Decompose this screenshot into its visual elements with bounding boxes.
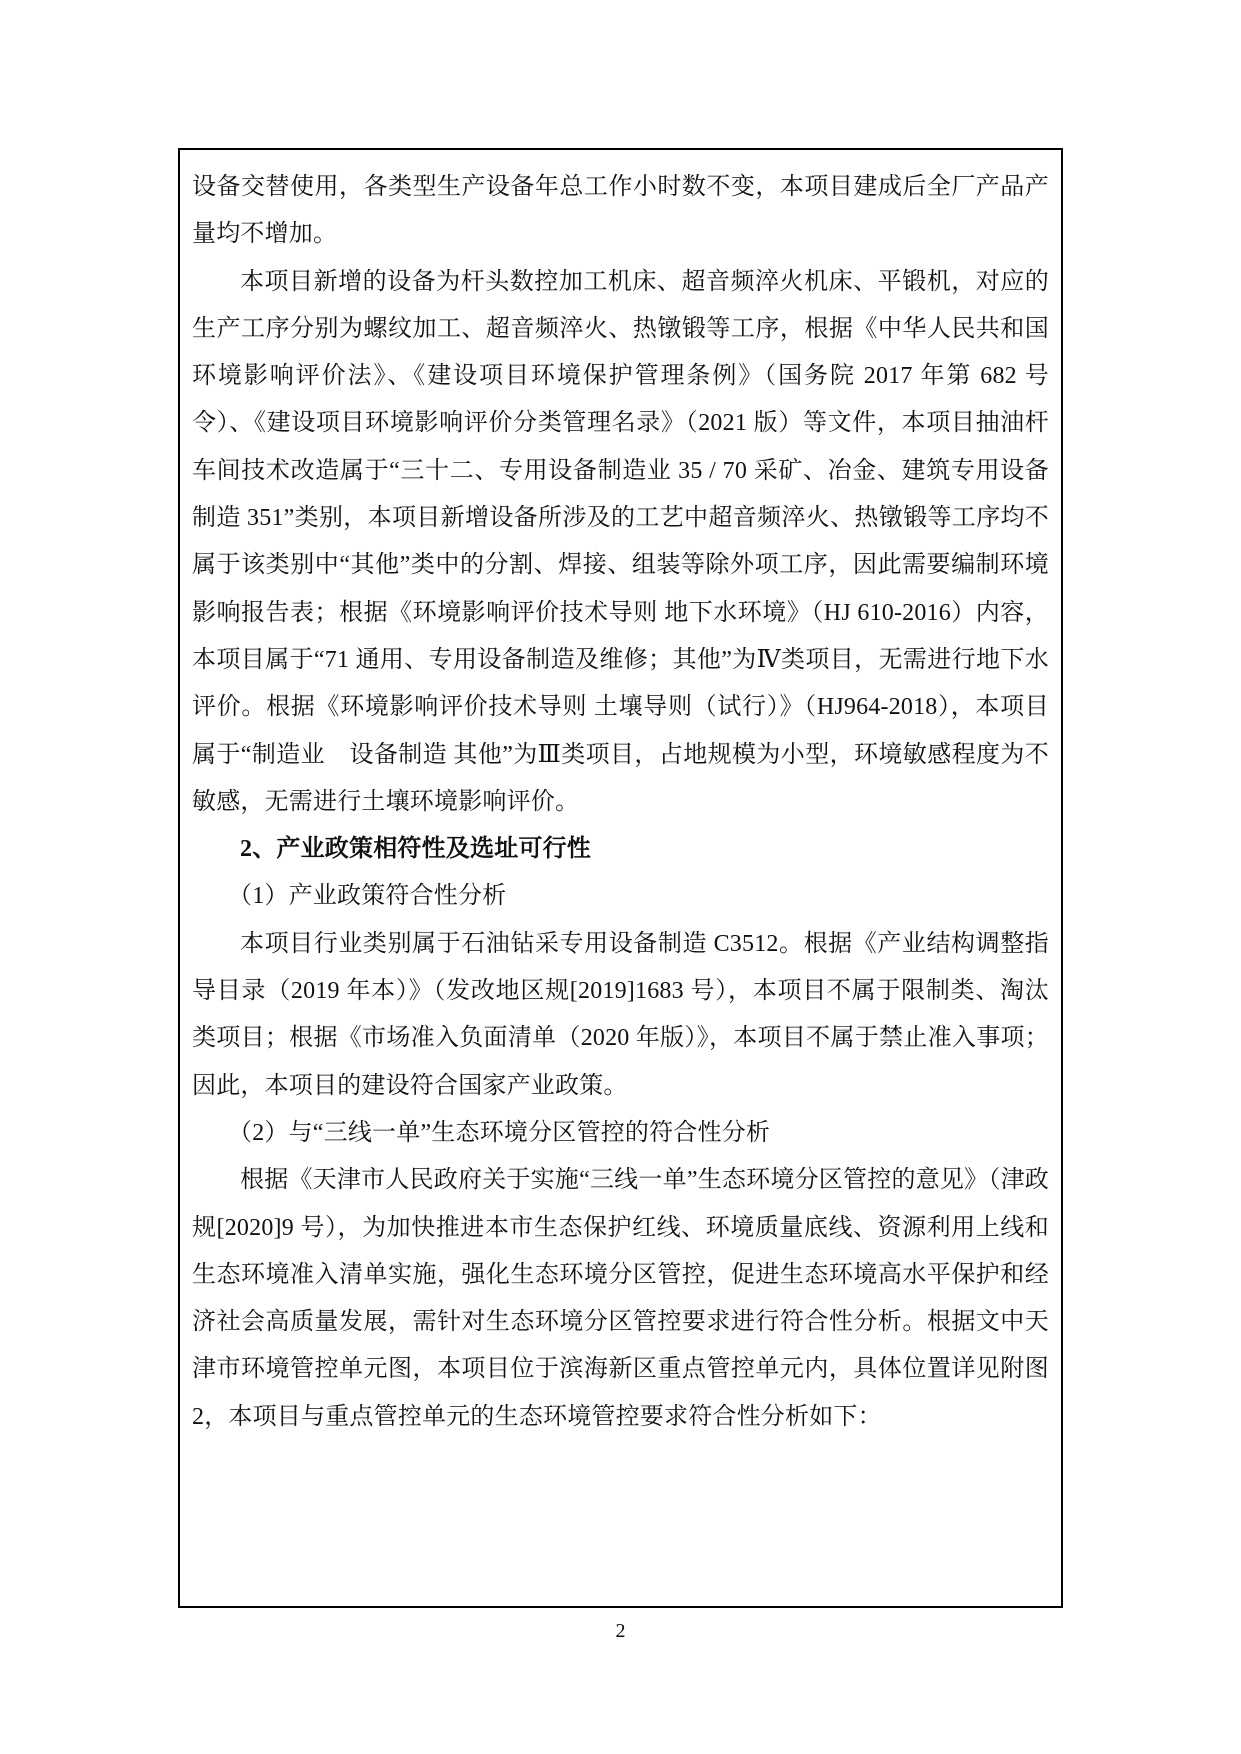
- paragraph-three-lines-one-list: 根据《天津市人民政府关于实施“三线一单”生态环境分区管控的意见》（津政规[202…: [192, 1157, 1049, 1441]
- paragraph-eia-classification: 本项目新增的设备为杆头数控加工机床、超音频淬火机床、平锻机，对应的生产工序分别为…: [192, 259, 1049, 827]
- page-number: 2: [0, 1620, 1241, 1643]
- content-frame: 设备交替使用，各类型生产设备年总工作小时数不变，本项目建成后全厂产品产量均不增加…: [178, 148, 1063, 1608]
- document-body: 设备交替使用，各类型生产设备年总工作小时数不变，本项目建成后全厂产品产量均不增加…: [192, 164, 1049, 1441]
- subheading-policy-compliance: （1）产业政策符合性分析: [192, 873, 1049, 920]
- subheading-three-lines-one-list: （2）与“三线一单”生态环境分区管控的符合性分析: [192, 1110, 1049, 1157]
- section-heading-industrial-policy: 2、产业政策相符性及选址可行性: [192, 826, 1049, 873]
- paragraph-policy-compliance: 本项目行业类别属于石油钻采专用设备制造 C3512。根据《产业结构调整指导目录（…: [192, 921, 1049, 1110]
- paragraph-continuation: 设备交替使用，各类型生产设备年总工作小时数不变，本项目建成后全厂产品产量均不增加…: [192, 164, 1049, 259]
